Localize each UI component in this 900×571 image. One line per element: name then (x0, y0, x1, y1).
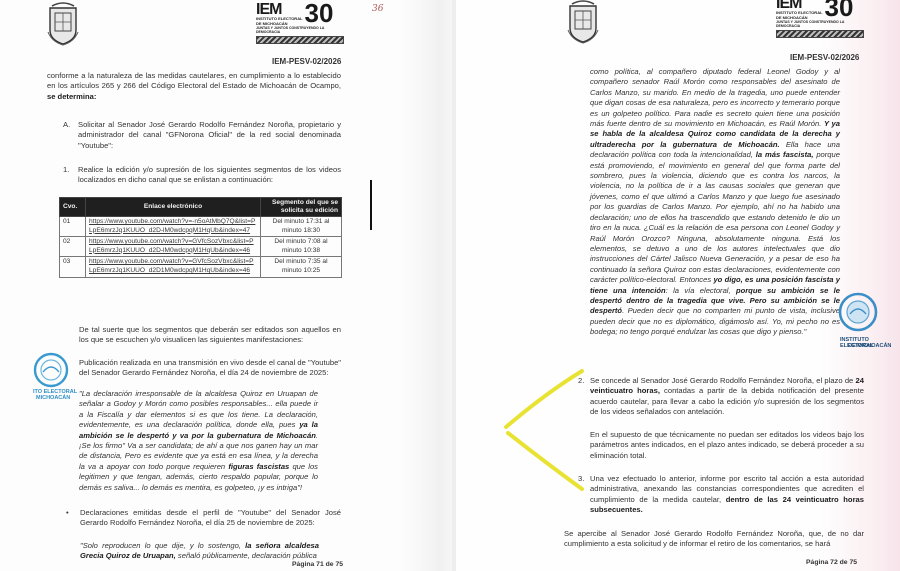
bullet-icon: • (66, 508, 69, 517)
table-row: 03 https://www.youtube.com/watch?v=GVfcS… (60, 257, 342, 277)
segments-intro-paragraph: De tal suerte que los segmentos que debe… (79, 325, 341, 346)
quote-2-continued: como política, al compañero diputado fed… (590, 67, 840, 338)
video-segments-table: Cvo. Enlace electrónico Segmento del que… (59, 197, 342, 278)
handwritten-folio: 36 (372, 4, 383, 14)
quote-2: "Solo reproducen lo que dije, y lo soste… (80, 541, 319, 562)
document-reference: IEM-PESV-02/2026 (790, 53, 859, 62)
video-link[interactable]: https://www.youtube.com/watch?v=GVfcSozV… (86, 237, 261, 257)
item-1-paragraph: Realice la edición y/o supresión de los … (78, 165, 341, 186)
item-3-paragraph: Una vez efectuado lo anterior, informe p… (590, 474, 864, 516)
quote-1: "La declaración irresponsable de la alca… (79, 389, 318, 493)
publication-1-paragraph: Publicación realizada en una transmisión… (79, 358, 341, 379)
state-coat-of-arms-icon (46, 2, 80, 46)
iem-logo: IEM INSTITUTO ELECTORAL DE MICHOACÁN 30 … (776, 0, 864, 40)
bullet-2-paragraph: Declaraciones emitidas desde el perfil d… (80, 508, 341, 529)
logo-pattern-band (256, 36, 344, 44)
document-reference: IEM-PESV-02/2026 (272, 57, 341, 66)
table-row: 02 https://www.youtube.com/watch?v=GVfcS… (60, 237, 342, 257)
item-2-followup-paragraph: En el supuesto de que técnicamente no pu… (590, 430, 864, 461)
page-number: Página 71 de 75 (292, 561, 343, 568)
institute-seal-stamp (838, 292, 878, 337)
institute-seal-stamp (33, 352, 69, 393)
closing-paragraph: Se apercibe al Senador José Gerardo Rodo… (564, 529, 864, 550)
video-link[interactable]: https://www.youtube.com/watch?v=-n5oAtMb… (86, 217, 261, 237)
iem-logo: IEM INSTITUTO ELECTORAL DE MICHOACÁN 30 … (256, 2, 344, 46)
item-2-paragraph: Se concede al Senador José Gerardo Rodol… (590, 376, 864, 418)
page-number: Página 72 de 75 (806, 559, 857, 566)
item-a-paragraph: Solicitar al Senador José Gerardo Rodolf… (78, 120, 341, 151)
video-link[interactable]: https://www.youtube.com/watch?v=GVfcSozV… (86, 257, 261, 277)
pen-mark (370, 180, 372, 230)
table-row: 01 https://www.youtube.com/watch?v=-n5oA… (60, 217, 342, 237)
intro-paragraph: conforme a la naturaleza de las medidas … (47, 71, 341, 102)
state-coat-of-arms-icon (566, 0, 600, 44)
document-page-72: IEM INSTITUTO ELECTORAL DE MICHOACÁN 30 … (456, 0, 900, 571)
logo-pattern-band (776, 30, 864, 38)
document-page-71: IEM INSTITUTO ELECTORAL DE MICHOACÁN 30 … (0, 0, 452, 571)
highlighter-bracket-mark (496, 365, 586, 495)
